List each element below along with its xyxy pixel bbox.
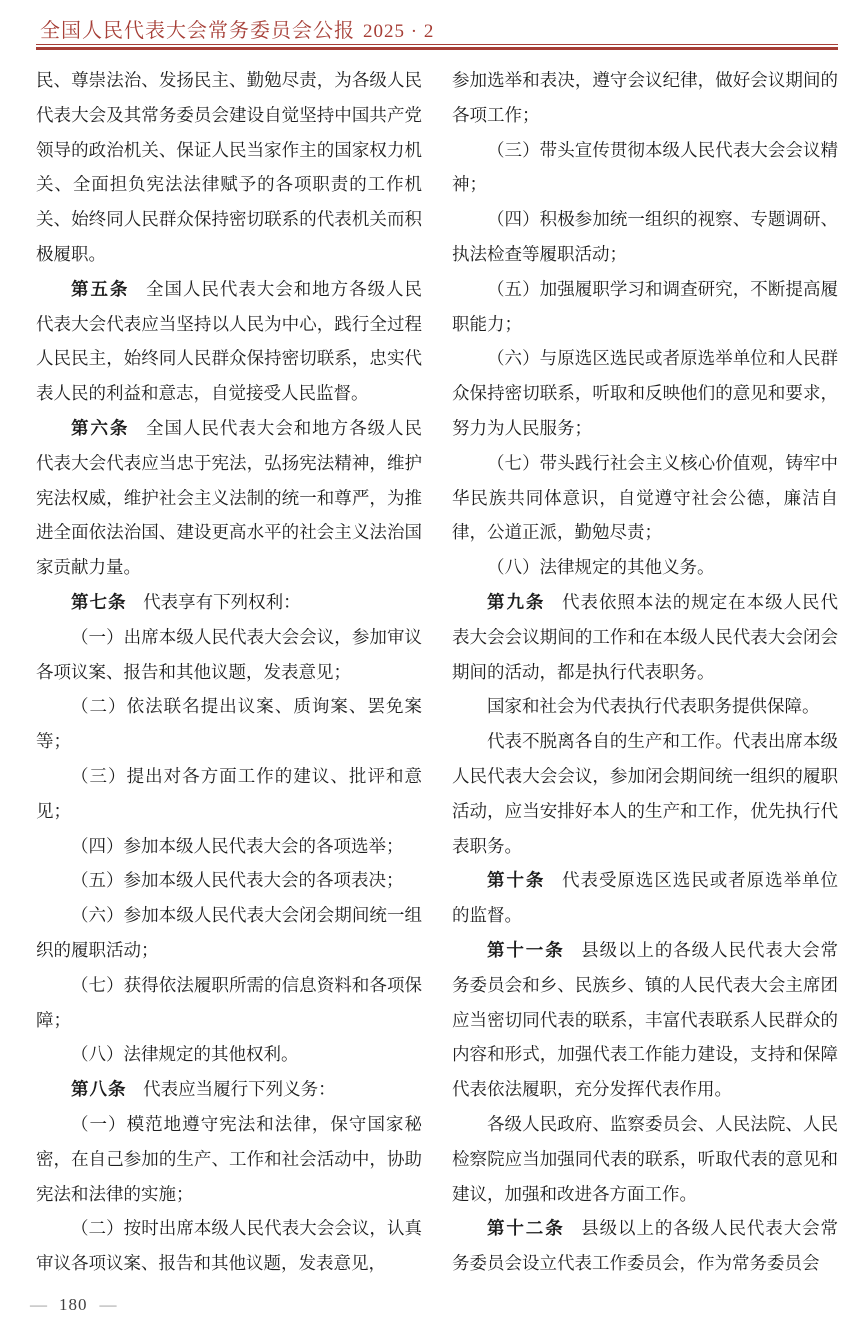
article-paragraph: 第十一条县级以上的各级人民代表大会常务委员会和乡、民族乡、镇的人民代表大会主席团… [452,933,838,1107]
paragraph-text: （七）带头践行社会主义核心价值观，铸牢中华民族共同体意识，自觉遵守社会公德，廉洁… [452,453,838,543]
body-paragraph: （一）模范地遵守宪法和法律，保守国家秘密，在自己参加的生产、工作和社会活动中，协… [36,1107,422,1211]
article-paragraph: 第五条全国人民代表大会和地方各级人民代表大会代表应当坚持以人民为中心，践行全过程… [36,272,422,411]
paragraph-text: 代表应当履行下列义务： [143,1079,336,1099]
article-number: 第七条 [71,592,127,612]
text-columns: 民、尊崇法治、发扬民主、勤勉尽责，为各级人民代表大会及其常务委员会建设自觉坚持中… [36,63,838,1281]
article-paragraph: 第六条全国人民代表大会和地方各级人民代表大会代表应当忠于宪法，弘扬宪法精神，维护… [36,411,422,585]
gazette-title: 全国人民代表大会常务委员会公报 [40,14,355,43]
paragraph-text: （五）参加本级人民代表大会的各项表决； [71,870,404,890]
article-number: 第九条 [487,592,545,612]
paragraph-text: （五）加强履职学习和调查研究，不断提高履职能力； [452,279,838,334]
body-paragraph: （四）参加本级人民代表大会的各项选举； [36,829,422,864]
paragraph-text: 国家和社会为代表执行代表职务提供保障。 [487,696,820,716]
article-paragraph: 第十二条县级以上的各级人民代表大会常务委员会设立代表工作委员会，作为常务委员会 [452,1211,838,1281]
paragraph-text: （八）法律规定的其他义务。 [487,557,715,577]
paragraph-text: 县级以上的各级人民代表大会常务委员会和乡、民族乡、镇的人民代表大会主席团应当密切… [452,940,838,1099]
paragraph-text: 全国人民代表大会和地方各级人民代表大会代表应当忠于宪法，弘扬宪法精神，维护宪法权… [36,418,422,577]
paragraph-text: （四）参加本级人民代表大会的各项选举； [71,836,404,856]
paragraph-text: （六）参加本级人民代表大会闭会期间统一组织的履职活动； [36,905,422,960]
footer-left-dash: — [30,1295,47,1315]
body-paragraph: （七）获得依法履职所需的信息资料和各项保障； [36,968,422,1038]
article-number: 第十条 [487,870,545,890]
body-paragraph: （五）参加本级人民代表大会的各项表决； [36,863,422,898]
body-paragraph: （八）法律规定的其他权利。 [36,1037,422,1072]
article-paragraph: 第七条代表享有下列权利： [36,585,422,620]
paragraph-text: 代表享有下列权利： [143,592,301,612]
page-number: 180 [59,1295,88,1315]
body-paragraph: （三）带头宣传贯彻本级人民代表大会会议精神； [452,133,838,203]
gazette-page: 全国人民代表大会常务委员会公报 2025 · 2 民、尊崇法治、发扬民主、勤勉尽… [0,0,867,1335]
paragraph-text: （三）提出对各方面工作的建议、批评和意见； [36,766,422,821]
body-paragraph: （一）出席本级人民代表大会会议，参加审议各项议案、报告和其他议题，发表意见； [36,620,422,690]
page-header: 全国人民代表大会常务委员会公报 2025 · 2 [36,14,838,42]
body-paragraph: （六）参加本级人民代表大会闭会期间统一组织的履职活动； [36,898,422,968]
article-number: 第五条 [71,279,129,299]
paragraph-text: 代表不脱离各自的生产和工作。代表出席本级人民代表大会会议，参加闭会期间统一组织的… [452,731,838,855]
paragraph-text: （七）获得依法履职所需的信息资料和各项保障； [36,975,422,1030]
page-footer: — 180 — [30,1295,117,1315]
paragraph-text: 民、尊崇法治、发扬民主、勤勉尽责，为各级人民代表大会及其常务委员会建设自觉坚持中… [36,70,422,264]
article-paragraph: 第八条代表应当履行下列义务： [36,1072,422,1107]
body-paragraph: （八）法律规定的其他义务。 [452,550,838,585]
body-paragraph: （四）积极参加统一组织的视察、专题调研、执法检查等履职活动； [452,202,838,272]
paragraph-text: （八）法律规定的其他权利。 [71,1044,299,1064]
left-column: 民、尊崇法治、发扬民主、勤勉尽责，为各级人民代表大会及其常务委员会建设自觉坚持中… [36,63,422,1281]
body-paragraph: （二）依法联名提出议案、质询案、罢免案等； [36,689,422,759]
article-number: 第十一条 [487,940,565,960]
paragraph-text: 各级人民政府、监察委员会、人民法院、人民检察院应当加强同代表的联系，听取代表的意… [452,1114,838,1204]
body-paragraph: 国家和社会为代表执行代表职务提供保障。 [452,689,838,724]
body-paragraph: （六）与原选区选民或者原选举单位和人民群众保持密切联系，听取和反映他们的意见和要… [452,341,838,445]
body-paragraph: 各级人民政府、监察委员会、人民法院、人民检察院应当加强同代表的联系，听取代表的意… [452,1107,838,1211]
article-number: 第六条 [71,418,129,438]
gazette-issue: 2025 · 2 [363,21,434,43]
header-rule [36,44,838,50]
body-paragraph: （七）带头践行社会主义核心价值观，铸牢中华民族共同体意识，自觉遵守社会公德，廉洁… [452,446,838,550]
paragraph-text: （六）与原选区选民或者原选举单位和人民群众保持密切联系，听取和反映他们的意见和要… [452,348,838,438]
body-paragraph: （五）加强履职学习和调查研究，不断提高履职能力； [452,272,838,342]
article-paragraph: 第九条代表依照本法的规定在本级人民代表大会会议期间的工作和在本级人民代表大会闭会… [452,585,838,689]
paragraph-text: （四）积极参加统一组织的视察、专题调研、执法检查等履职活动； [452,209,838,264]
article-number: 第八条 [71,1079,127,1099]
article-paragraph: 第十条代表受原选区选民或者原选举单位的监督。 [452,863,838,933]
body-paragraph: 代表不脱离各自的生产和工作。代表出席本级人民代表大会会议，参加闭会期间统一组织的… [452,724,838,863]
body-paragraph: （二）按时出席本级人民代表大会会议，认真审议各项议案、报告和其他议题，发表意见， [36,1211,422,1281]
header-rule-thick-line [36,47,838,50]
paragraph-text: （二）按时出席本级人民代表大会会议，认真审议各项议案、报告和其他议题，发表意见， [36,1218,422,1273]
body-paragraph: 民、尊崇法治、发扬民主、勤勉尽责，为各级人民代表大会及其常务委员会建设自觉坚持中… [36,63,422,272]
paragraph-text: （一）模范地遵守宪法和法律，保守国家秘密，在自己参加的生产、工作和社会活动中，协… [36,1114,422,1204]
right-column: 参加选举和表决，遵守会议纪律，做好会议期间的各项工作；（三）带头宣传贯彻本级人民… [452,63,838,1281]
paragraph-text: 参加选举和表决，遵守会议纪律，做好会议期间的各项工作； [452,70,838,125]
article-number: 第十二条 [487,1218,565,1238]
paragraph-text: （一）出席本级人民代表大会会议，参加审议各项议案、报告和其他议题，发表意见； [36,627,422,682]
paragraph-text: （二）依法联名提出议案、质询案、罢免案等； [36,696,422,751]
body-paragraph: 参加选举和表决，遵守会议纪律，做好会议期间的各项工作； [452,63,838,133]
paragraph-text: （三）带头宣传贯彻本级人民代表大会会议精神； [452,140,838,195]
body-paragraph: （三）提出对各方面工作的建议、批评和意见； [36,759,422,829]
footer-right-dash: — [100,1295,117,1315]
